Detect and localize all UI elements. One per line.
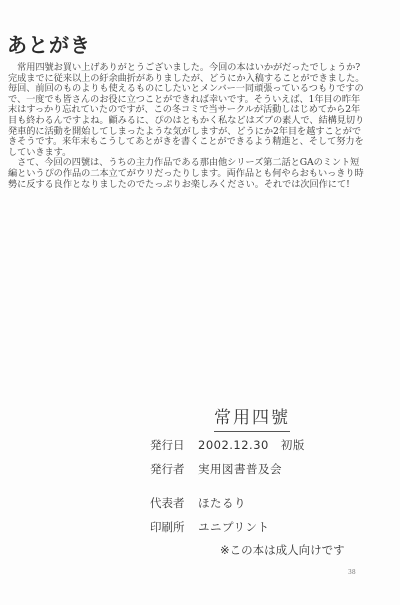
afterword-heading: あとがき: [7, 33, 91, 57]
body-line: 目も終わるんですよね。顧みるに、ぴのはともかく私などはズブの素人で、結構見切り: [8, 116, 392, 127]
colophon-value: 実用図書普及会: [198, 462, 282, 476]
colophon-label: 印刷所: [150, 520, 198, 534]
colophon-value: 2002.12.30 初版: [198, 438, 305, 452]
colophon-label: 代表者: [150, 496, 198, 510]
document-page: あとがき 常用四號お買い上げありがとうございました。今回の本はいかがだったでしょ…: [0, 0, 400, 605]
colophon-row-publisher: 発行者実用図書普及会: [150, 462, 282, 476]
colophon-label: 発行日: [150, 438, 198, 452]
body-line: 常用四號お買い上げありがとうございました。今回の本はいかがだったでしょうか?: [8, 63, 392, 74]
body-line: 編というぴの作品の二本立てがウリだったりします。両作品とも何やらおもいっきり時: [8, 169, 392, 180]
colophon-label: 発行者: [150, 462, 198, 476]
afterword-body: 常用四號お買い上げありがとうございました。今回の本はいかがだったでしょうか? 完…: [8, 63, 392, 190]
colophon-title: 常用四號: [214, 408, 290, 432]
adult-content-notice: ※この本は成人向けです: [220, 543, 345, 557]
page-number: 38: [348, 569, 356, 577]
colophon-row-printer: 印刷所ユニプリント: [150, 520, 270, 534]
colophon-value: ユニプリント: [198, 520, 270, 534]
colophon-value: ほたるり: [198, 496, 246, 510]
body-line: 勢に反する良作となりましたのでたっぷりお楽しみください。それでは次回作にて!: [8, 180, 392, 191]
colophon-row-representative: 代表者ほたるり: [150, 496, 246, 510]
colophon-row-publish-date: 発行日2002.12.30 初版: [150, 438, 305, 452]
